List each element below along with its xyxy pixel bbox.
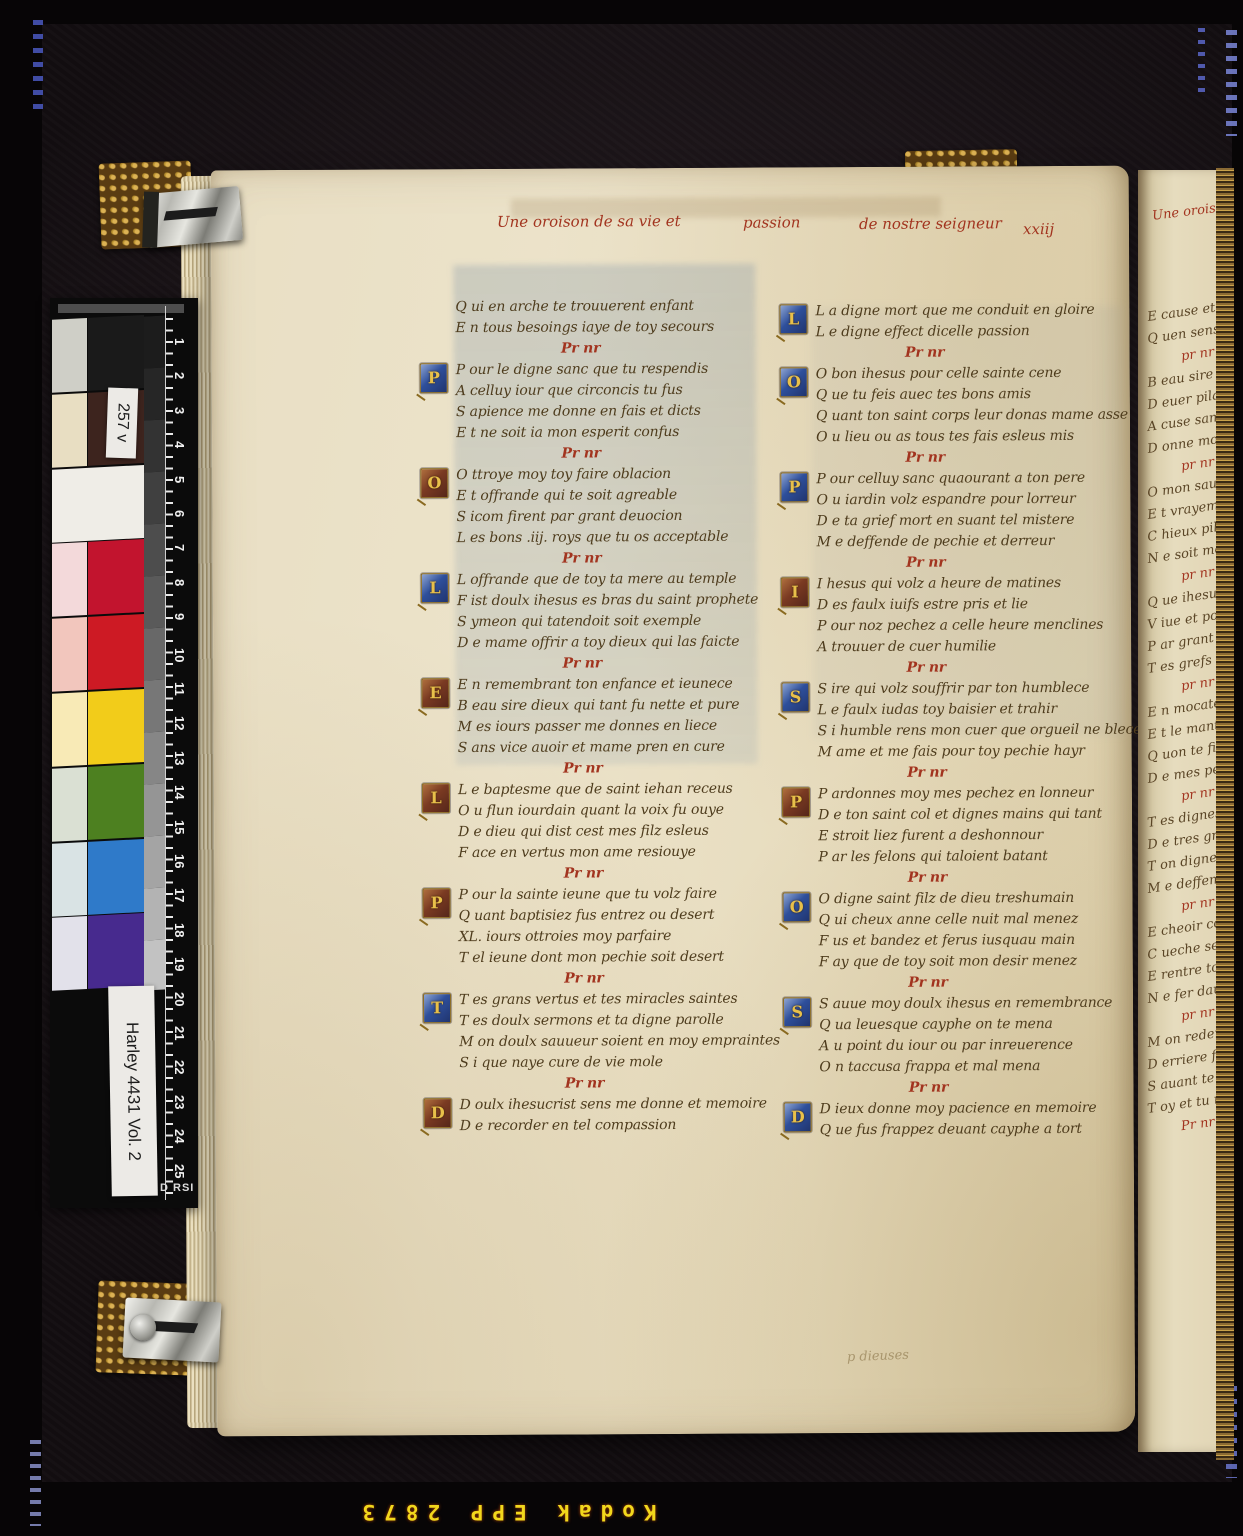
verse-line: A celluy iour que circoncis tu fus	[456, 381, 772, 404]
stanza: SS ire qui volz souffrir par ton humblec…	[817, 680, 1133, 766]
verse-line: S i que naye cure de vie mole	[459, 1053, 775, 1076]
illuminated-initial: I	[781, 577, 809, 607]
verse-line: L es bons .iij. roys que tu os acceptabl…	[457, 528, 773, 551]
verse-line: Q ue tu feis auec tes bons amis	[816, 386, 1132, 409]
verse-line: S ymeon qui tatendoit soit exemple	[457, 612, 773, 635]
pater-noster-rubric: Pr nr	[457, 550, 707, 572]
ruler-number: 17	[172, 888, 187, 902]
stanza: EE n remembrant ton enfance et ieuneceB …	[457, 675, 773, 761]
verse-line: L e digne effect dicelle passion	[816, 323, 1132, 346]
stanza: LL offrande que de toy ta mere au temple…	[457, 570, 773, 656]
verse-line: Q ua leuesque cayphe on te mena	[819, 1016, 1135, 1039]
film-edge-marking	[1226, 30, 1237, 136]
verse-line: T es doulx sermons et ta digne parolle	[459, 1011, 775, 1034]
gray-step	[144, 367, 166, 420]
color-patch-saturated	[88, 913, 144, 989]
verse-line: D e ta grief mort en suant tel mistere	[816, 512, 1132, 535]
verse-line: M e deffende de pechie et derreur	[817, 533, 1133, 556]
color-patch-pastel	[52, 692, 87, 767]
ruler-number: 18	[172, 923, 187, 937]
verse-line: Q uant ton saint corps leur donas mame a…	[816, 407, 1132, 430]
verse-line: D oulx ihesucrist sens me donne et memoi…	[460, 1095, 776, 1118]
color-patch-pastel	[52, 842, 87, 917]
stanza: PP our la sainte ieune que tu volz faire…	[458, 885, 774, 971]
verse-line: S ans vice auoir et mame pren en cure	[458, 738, 774, 761]
ruler-number: 22	[172, 1060, 187, 1074]
verse-line: E t offrande qui te soit agreable	[456, 486, 772, 509]
ruler-number: 15	[172, 820, 187, 834]
illuminated-initial: D	[784, 1102, 812, 1132]
running-title-part1: Une oroison de sa vie et	[497, 212, 681, 231]
illuminated-initial: S	[781, 682, 809, 712]
ruler-number: 5	[172, 476, 187, 483]
stanza: OO bon ihesus pour celle sainte ceneQ ue…	[816, 365, 1132, 451]
illuminated-initial: O	[780, 367, 808, 397]
verse-line: L e faulx iudas toy baisier et trahir	[817, 701, 1133, 724]
verse-line: F ace en vertus mon ame resiouye	[458, 843, 774, 866]
ruler-number: 14	[172, 785, 187, 799]
color-patch-saturated	[88, 764, 144, 840]
ruler-number: 9	[172, 613, 187, 620]
verse-line: E t ne soit ia mon esperit confus	[456, 423, 772, 446]
illuminated-initial: T	[423, 993, 451, 1023]
gray-step	[144, 731, 166, 784]
color-patch-pastel	[52, 393, 87, 468]
stanza: OO digne saint filz de dieu treshumainQ …	[818, 890, 1134, 976]
gray-step	[144, 835, 166, 888]
color-patch-white	[52, 465, 144, 543]
pater-noster-rubric: Pr nr	[819, 974, 1037, 996]
pater-noster-rubric: Pr nr	[819, 1079, 1037, 1101]
illuminated-initial: O	[420, 468, 448, 498]
verse-line: Q uant baptisiez fus entrez ou desert	[459, 906, 775, 929]
verse-line: L offrande que de toy ta mere au temple	[457, 570, 773, 593]
pater-noster-rubric: Pr nr	[457, 655, 707, 677]
metal-page-clip-top	[144, 186, 243, 248]
verse-line: P our noz pechez a celle heure menclines	[817, 617, 1133, 640]
verse-line: Q ue fus frappez deuant cayphe a tort	[820, 1121, 1136, 1144]
ruler-number: 2	[172, 372, 187, 379]
ruler-number: 6	[172, 510, 187, 517]
color-patch-pastel	[52, 916, 87, 991]
ruler-number: 25	[172, 1164, 187, 1178]
pater-noster-rubric: Pr nr	[817, 554, 1035, 576]
verse-line: A u point du iour ou par inreuerence	[819, 1037, 1135, 1060]
verse-line: D ieux donne moy pacience en memoire	[820, 1100, 1136, 1123]
shelfmark-label: Harley 4431 Vol. 2	[108, 986, 158, 1197]
stanza: PP our celluy sanc quaourant a ton pereO…	[816, 470, 1132, 556]
fore-edge-stripes	[1216, 168, 1234, 1460]
color-patch-saturated	[88, 315, 144, 391]
verse-line: P our celluy sanc quaourant a ton pere	[816, 470, 1132, 493]
ruler-number: 12	[172, 716, 187, 730]
running-title-part3: de nostre seigneur	[859, 214, 1002, 233]
verse-line: P our la sainte ieune que tu volz faire	[458, 885, 774, 908]
gray-step	[144, 523, 166, 576]
ruler-number: 1	[172, 338, 187, 345]
stanza: TT es grans vertus et tes miracles saint…	[459, 990, 775, 1076]
verse-line: Q ui cheux anne celle nuit mal menez	[819, 911, 1135, 934]
verse-line: S ire qui volz souffrir par ton humblece	[817, 680, 1133, 703]
pater-noster-rubric: Pr nr	[816, 344, 1034, 366]
stanza: SS auue moy doulx ihesus en remembranceQ…	[819, 995, 1135, 1081]
illuminated-initial: P	[422, 888, 450, 918]
illuminated-initial: P	[420, 363, 448, 393]
stanza: Q ui en arche te trouuerent enfantE n to…	[455, 297, 771, 341]
stanza: LL a digne mort que me conduit en gloire…	[815, 302, 1131, 346]
stanza: II hesus qui volz a heure de matinesD es…	[817, 575, 1133, 661]
color-patch-pastel	[52, 767, 87, 842]
stanza: LL e baptesme que de saint iehan receusO…	[458, 780, 774, 866]
gray-step	[144, 939, 166, 990]
ruler-number: 20	[172, 992, 187, 1006]
color-patch-saturated	[88, 614, 144, 690]
verse-line: O u iardin volz espandre pour lorreur	[816, 491, 1132, 514]
illuminated-initial: L	[421, 573, 449, 603]
stanza: DD ieux donne moy pacience en memoireQ u…	[820, 1100, 1136, 1144]
color-patch-pastel	[52, 617, 87, 692]
manuscript-page: Une oroison de sa vie et passion de nost…	[211, 166, 1136, 1437]
stanza: OO ttroye moy toy faire oblacionE t offr…	[456, 465, 772, 551]
gray-step	[144, 315, 166, 368]
right-column: LL a digne mort que me conduit en gloire…	[815, 302, 1135, 1144]
verse-line: O u flun iourdain quant la voix fu ouye	[458, 801, 774, 824]
ruler-number: 3	[172, 407, 187, 414]
ruler-number: 4	[172, 441, 187, 448]
running-title-part2: passion	[743, 213, 801, 231]
stanza: DD oulx ihesucrist sens me donne et memo…	[460, 1095, 776, 1139]
folio-number-roman: xxiij	[1023, 220, 1054, 238]
verse-line: I hesus qui volz a heure de matines	[817, 575, 1133, 598]
pater-noster-rubric: Pr nr	[458, 865, 708, 887]
pater-noster-rubric: Pr nr	[816, 449, 1034, 471]
verse-line: E n remembrant ton enfance et ieunece	[457, 675, 773, 698]
verse-line: S auue moy doulx ihesus en remembrance	[819, 995, 1135, 1018]
verse-line: P ar les felons qui taloient batant	[818, 848, 1134, 871]
ruler-number: 16	[172, 854, 187, 868]
verse-line: O ttroye moy toy faire oblacion	[456, 465, 772, 488]
verse-line: D es faulx iuifs estre pris et lie	[817, 596, 1133, 619]
illuminated-initial: D	[424, 1098, 452, 1128]
color-patch-pastel	[52, 542, 87, 617]
gray-step	[144, 419, 166, 472]
metal-page-clip-bottom	[122, 1298, 221, 1363]
verse-line: P our le digne sanc que tu respendis	[456, 360, 772, 383]
left-column: Q ui en arche te trouuerent enfantE n to…	[455, 297, 775, 1139]
verse-line: L e baptesme que de saint iehan receus	[458, 780, 774, 803]
color-patch-pastel	[52, 318, 87, 393]
illuminated-initial: P	[780, 472, 808, 502]
verse-line: S i humble rens mon cuer que orgueil ne …	[818, 722, 1134, 745]
verse-line: O n taccusa frappa et mal mena	[819, 1058, 1135, 1081]
film-edge-marking	[33, 20, 43, 110]
verse-line: E n tous besoings iaye de toy secours	[455, 318, 771, 341]
ruler-number: 10	[172, 648, 187, 662]
gray-wedge	[144, 315, 166, 990]
verse-line: T el ieune dont mon pechie soit desert	[459, 948, 775, 971]
gray-step	[144, 783, 166, 836]
verse-line: D e recorder en tel compassion	[460, 1116, 776, 1139]
color-patch-saturated	[88, 839, 144, 915]
illuminated-initial: L	[779, 304, 807, 334]
verse-line: O bon ihesus pour celle sainte cene	[816, 365, 1132, 388]
ruler-footer-text: D RSI	[160, 1182, 194, 1194]
verse-line: T es grans vertus et tes miracles sainte…	[459, 990, 775, 1013]
verse-line: F ist doulx ihesus es bras du saint prop…	[457, 591, 773, 614]
pater-noster-rubric: Pr nr	[456, 445, 706, 467]
gray-step	[144, 627, 166, 680]
gray-step	[144, 471, 166, 524]
stanza: PP ardonnes moy mes pechez en lonneurD e…	[818, 785, 1134, 871]
recto-running-title: Une oroison	[1151, 199, 1218, 224]
verse-line: F ay que de toy soit mon desir menez	[819, 953, 1135, 976]
verse-line: M ame et me fais pour toy pechie hayr	[818, 743, 1134, 766]
verse-line: D e mame offrir a toy dieux qui las faic…	[457, 633, 773, 656]
recto-lines: E cause et pour rauiQ uen sens te deist …	[1148, 310, 1218, 1146]
pater-noster-rubric: Pr nr	[817, 659, 1035, 681]
color-patch-saturated	[88, 539, 144, 615]
film-edge-marking	[30, 1440, 41, 1526]
ruler-number: 13	[172, 751, 187, 765]
verse-line: S icom firent par grant deuocion	[456, 507, 772, 530]
verse-line: E stroit liez furent a deshonnour	[818, 827, 1134, 850]
gray-step	[144, 575, 166, 628]
verse-line: A trouuer de cuer humilie	[817, 638, 1133, 661]
film-stock-label: Kodak EPP 2873	[300, 1486, 710, 1524]
verse-line: M es iours passer me donnes en liece	[458, 717, 774, 740]
facing-recto-sliver: Une oroison E cause et pour rauiQ uen se…	[1138, 170, 1218, 1452]
gray-step	[144, 887, 166, 940]
verse-line: B eau sire dieux qui tant fu nette et pu…	[457, 696, 773, 719]
ruler-number: 23	[172, 1095, 187, 1109]
illuminated-initial: E	[421, 678, 449, 708]
verse-line: P ardonnes moy mes pechez en lonneur	[818, 785, 1134, 808]
ruler-number: 8	[172, 579, 187, 586]
illuminated-initial: O	[782, 892, 810, 922]
kodak-color-calibration-bar: 1234567891011121314151617181920212223242…	[50, 298, 198, 1208]
verse-line: Q ui en arche te trouuerent enfant	[455, 297, 771, 320]
pater-noster-rubric: Pr nr	[458, 760, 708, 782]
pater-noster-rubric: Pr nr	[818, 764, 1036, 786]
verse-line: D e ton saint col et dignes mains qui ta…	[818, 806, 1134, 829]
pater-noster-rubric: Pr nr	[456, 340, 706, 362]
ruler-number: 24	[172, 1129, 187, 1143]
stanza: PP our le digne sanc que tu respendisA c…	[456, 360, 772, 446]
verse-line: XL. iours ottroies moy parfaire	[459, 927, 775, 950]
film-edge-marking	[1198, 28, 1205, 98]
verse-line: D e dieu qui dist cest mes filz esleus	[458, 822, 774, 845]
folio-label: 257 v	[106, 387, 138, 458]
faint-inscription: p dieuses	[847, 1348, 910, 1365]
verse-line: M on doulx sauueur soient en moy emprain…	[459, 1032, 775, 1055]
verse-line: O u lieu ou as tous tes fais esleus mis	[816, 428, 1132, 451]
pater-noster-rubric: Pr nr	[818, 869, 1036, 891]
verse-line: O digne saint filz de dieu treshumain	[818, 890, 1134, 913]
manuscript-photograph: Une oroison de sa vie et passion de nost…	[0, 0, 1243, 1536]
illuminated-initial: P	[782, 787, 810, 817]
verse-line: L a digne mort que me conduit en gloire	[815, 302, 1131, 325]
verse-line: F us et bandez et ferus iusquau main	[819, 932, 1135, 955]
gray-step	[144, 679, 166, 732]
color-patch-saturated	[88, 689, 144, 765]
illuminated-initial: S	[783, 997, 811, 1027]
ruler-number: 7	[172, 544, 187, 551]
ruler-number: 11	[172, 682, 187, 696]
verse-line: S apience me donne en fais et dicts	[456, 402, 772, 425]
ruler-number: 19	[172, 957, 187, 971]
pater-noster-rubric: Pr nr	[459, 970, 709, 992]
illuminated-initial: L	[422, 783, 450, 813]
ruler-number: 21	[172, 1026, 187, 1040]
pater-noster-rubric: Pr nr	[459, 1075, 709, 1097]
